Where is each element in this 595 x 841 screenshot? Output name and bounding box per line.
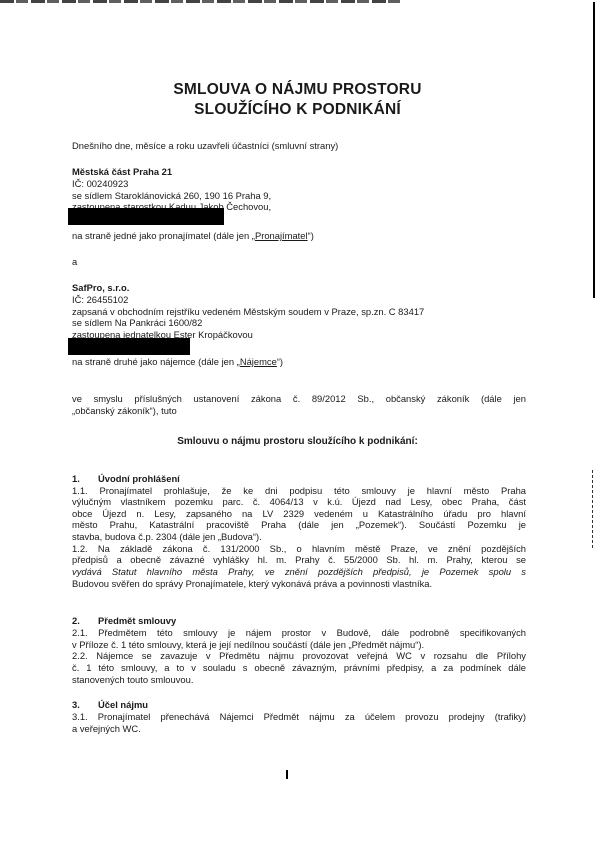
section-2-line: v Příloze č. 1 této smlouvy, která je je…	[72, 639, 526, 651]
scan-edge-line-lower	[592, 470, 593, 550]
landlord-ic: IČ: 00240923	[72, 178, 526, 190]
landlord-role: na straně jedné jako pronajímatel (dále …	[72, 230, 526, 242]
section-1-line: stavba, budova č.p. 2304 (dále jen „Budo…	[72, 531, 526, 543]
section-1-number: 1.	[72, 473, 98, 485]
landlord-name: Městská část Praha 21	[72, 166, 526, 178]
tenant-role-prefix: na straně druhé jako nájemce (dále jen „	[72, 356, 240, 367]
section-3-line: a veřejných WC.	[72, 723, 526, 735]
tenant-role: na straně druhé jako nájemce (dále jen „…	[72, 356, 526, 368]
section-2-number: 2.	[72, 615, 98, 627]
section-3-title: Účel nájmu	[98, 699, 148, 710]
section-2-heading: 2.Předmět smlouvy	[72, 615, 526, 627]
legal-basis-line2: „občanský zákoník“), tuto	[72, 405, 526, 417]
tenant-registry: zapsaná v obchodním rejstříku vedeném Mě…	[72, 306, 526, 318]
and-conjunction: a	[72, 256, 526, 268]
scan-artifact-top	[0, 0, 400, 3]
section-1-line: obce Újezd n. Lesy, zapsaného na LV 2329…	[72, 508, 526, 520]
section-1-line: předpisů a obecně závazné vyhlášky hl. m…	[72, 554, 526, 566]
tenant-name: SafPro, s.r.o.	[72, 282, 526, 294]
page-number	[286, 770, 288, 779]
section-1-line: Budovou svěřen do správy Pronajímatele, …	[72, 578, 526, 590]
contract-heading: Smlouvu o nájmu prostoru sloužícího k po…	[0, 436, 595, 448]
tenant-role-suffix: “)	[277, 356, 283, 367]
section-1-line: výlučným vlastníkem pozemku parc. č. 406…	[72, 496, 526, 508]
tenant-role-term: Nájemce	[240, 356, 277, 367]
section-2-title: Předmět smlouvy	[98, 615, 176, 626]
section-2-line: 2.1. Předmětem této smlouvy je nájem pro…	[72, 627, 526, 639]
section-3-line: 3.1. Pronajímatel přenechává Nájemci Pře…	[72, 711, 526, 723]
section-2-line: č. 1 této smlouvy, a to v souladu s obec…	[72, 662, 526, 674]
redaction-box	[68, 208, 224, 225]
section-1-line: 1.2. Na základě zákona č. 131/2000 Sb., …	[72, 543, 526, 555]
landlord-role-term: Pronajímatel	[255, 230, 308, 241]
document-title-line1: SMLOUVA O NÁJMU PROSTORU	[0, 80, 595, 100]
tenant-ic: IČ: 26455102	[72, 294, 526, 306]
section-1-line: město Prahu, Katastrální pracoviště Prah…	[72, 519, 526, 531]
legal-basis-line1: ve smyslu příslušných ustanovení zákona …	[72, 393, 526, 405]
section-1-heading: 1.Úvodní prohlášení	[72, 473, 526, 485]
section-3-heading: 3.Účel nájmu	[72, 699, 526, 711]
landlord-role-prefix: na straně jedné jako pronajímatel (dále …	[72, 230, 255, 241]
section-2-line: 2.2. Nájemce se zavazuje v Předmětu nájm…	[72, 650, 526, 662]
section-3-number: 3.	[72, 699, 98, 711]
section-1-title: Úvodní prohlášení	[98, 473, 180, 484]
section-1-line: 1.1. Pronajímatel prohlašuje, že ke dni …	[72, 485, 526, 497]
tenant-address: se sídlem Na Pankráci 1600/82	[72, 317, 526, 329]
intro-text: Dnešního dne, měsíce a roku uzavřeli úča…	[72, 140, 526, 152]
document-title-line2: SLOUŽÍCÍHO K PODNIKÁNÍ	[0, 100, 595, 120]
section-1-line: vydává Statut hlavního města Prahy, ve z…	[72, 566, 526, 578]
landlord-address: se sídlem Staroklánovická 260, 190 16 Pr…	[72, 190, 526, 202]
redaction-box	[68, 338, 190, 355]
section-2-line: stanovených touto smlouvou.	[72, 674, 526, 686]
landlord-role-suffix: “)	[308, 230, 314, 241]
